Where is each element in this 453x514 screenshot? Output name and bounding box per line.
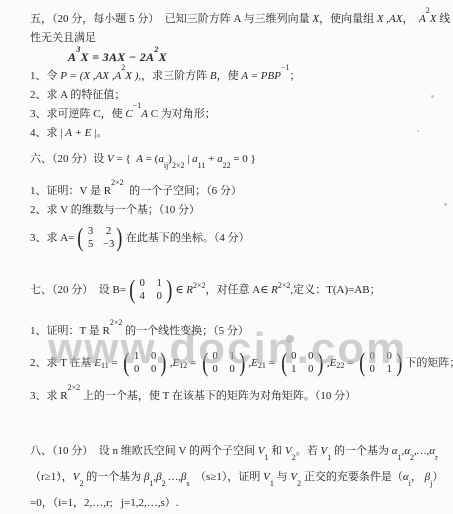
text-run: A + E	[65, 127, 91, 139]
text-run: i	[409, 479, 411, 488]
problem-7-section: 七、（20 分） 设 B=(0140)∈ R2×2，对任意 A∈ R2×2,定义…	[30, 272, 447, 406]
text-run: −1	[133, 101, 142, 110]
right-paren: )	[318, 350, 324, 376]
problem-7-heading: 七、（20 分） 设 B=(0140)∈ R2×2，对任意 A∈ R2×2,定义…	[30, 272, 447, 308]
left-paren: (	[78, 225, 84, 251]
matrix-cell: 0	[368, 350, 377, 363]
matrix-cell: 0	[289, 350, 298, 363]
text-run: V	[285, 445, 292, 457]
text-run: X ,AX	[377, 13, 403, 25]
text-run: 正交的充要条件是（	[301, 471, 403, 483]
text-run: α	[403, 471, 409, 483]
text-run: 七、（20 分） 设 B=	[30, 281, 126, 300]
text-run: ,…,α	[414, 445, 435, 457]
matrix-cell: 0	[306, 350, 315, 363]
text-run: E	[251, 354, 258, 373]
matrix-cell: 0	[211, 350, 220, 363]
text-run: 3、求 A=	[30, 229, 74, 248]
left-paren: (	[359, 350, 365, 376]
text-run: B	[210, 70, 217, 82]
matrix-cell: 0	[385, 350, 394, 363]
text-run: 1、证明：V 是 R	[30, 185, 111, 197]
text-run: 2	[297, 479, 301, 488]
problem-7-item-2: 2、求 T 在基 E11 = (1000),E12 = (0100),E21 =…	[30, 343, 447, 383]
matrix-entries: 325−3	[85, 225, 115, 251]
text-run: 2	[79, 479, 83, 488]
matrix-cell: 3	[86, 225, 95, 238]
matrix-cell: 0	[228, 363, 237, 376]
text-run: 1	[397, 453, 401, 462]
text-run: 的一个子空间；（6 分）	[124, 185, 242, 197]
text-run: A	[136, 153, 143, 165]
text-run: 1	[270, 479, 274, 488]
text-run: （s≥1），证明	[190, 471, 264, 483]
text-run: ，	[403, 13, 420, 25]
text-run: 3	[76, 45, 80, 54]
matrix-cell: 1	[228, 350, 237, 363]
text-run: 2	[410, 453, 414, 462]
matrix: (0100)	[201, 350, 246, 376]
right-paren: )	[166, 277, 172, 303]
matrix-cell: −3	[103, 238, 114, 251]
problem-5-equation: A3X = 3AX − 2A2X	[30, 48, 447, 67]
matrix-entries: 0100	[210, 350, 238, 376]
text-run: ,定义：T(A)=AB；	[290, 281, 380, 300]
text-run: =	[266, 354, 278, 373]
text-run: = {	[114, 153, 136, 165]
text-run: a	[192, 153, 198, 165]
problem-6-item-2: 2、求 V 的维数与一个基；（10 分）	[30, 201, 447, 220]
scanned-exam-page: 五，（20 分，每小题 5 分） 已知三阶方阵 A 与三维列向量 X，使向量组 …	[0, 0, 453, 514]
matrix: (0140)	[128, 277, 173, 303]
text-run: =	[187, 354, 199, 373]
text-run: A	[419, 13, 426, 25]
text-run: 1	[327, 453, 331, 462]
text-run: V	[263, 471, 270, 483]
text-run: R	[186, 281, 193, 300]
text-run: s	[186, 479, 189, 488]
text-run: 的一个基为	[83, 471, 144, 483]
problem-6-item-1: 1、证明：V 是 R2×2 的一个子空间；（6 分）	[30, 182, 447, 201]
problem-5-heading-cont: 性无关且满足	[30, 29, 447, 48]
matrix-entries: 0010	[288, 350, 316, 376]
matrix: (1000)	[122, 350, 167, 376]
text-run: ,β	[153, 471, 161, 483]
problem-8-body-end: =0，（i=1，2,…,r; j=1,2,…,s）.	[30, 490, 447, 514]
text-run: 的一个线性变换；（5 分）	[122, 325, 249, 337]
problem-5-item-4: 4、求 | A + E |。	[30, 124, 447, 143]
text-run: ，使向量组	[319, 13, 377, 25]
matrix-cell: 0	[155, 290, 164, 303]
text-run: 22	[223, 161, 231, 170]
text-run: 上的一个基，使 T 在该基下的矩阵为对角矩阵。（10 分）	[80, 390, 356, 402]
matrix-cell: 2	[103, 225, 114, 238]
matrix: (0010)	[280, 350, 325, 376]
text-run: |。	[91, 127, 107, 139]
matrix-entries: 0001	[367, 350, 395, 376]
text-run: X	[159, 50, 167, 64]
text-run: C 为对角形；	[148, 108, 216, 120]
text-run: 性无关且满足	[30, 32, 96, 44]
matrix-cell: 4	[138, 290, 147, 303]
left-paren: (	[124, 350, 130, 376]
text-run: 2	[121, 63, 125, 72]
text-run: 11	[198, 161, 206, 170]
left-paren: (	[281, 350, 287, 376]
problem-5-item-1: 1、令 P = (X ,AX ,A2X ),，求三阶方阵 B，使 A = PBP…	[30, 67, 447, 86]
matrix-cell: 0	[306, 363, 315, 376]
problem-7-item-3: 3、求 R2×2 上的一个基，使 T 在该基下的矩阵为对角矩阵。（10 分）	[30, 387, 447, 406]
text-run: A	[141, 108, 148, 120]
text-run: =	[109, 354, 121, 373]
left-paren: (	[202, 350, 208, 376]
problem-8-body: （r≥1），V2 的一个基为 β1,β2 …,βs （s≥1），证明 V1 与 …	[30, 464, 447, 490]
text-run: 2、求 V 的维数与一个基；（10 分）	[30, 204, 200, 216]
text-run: ij	[164, 161, 168, 170]
text-run: 的一个基为	[331, 445, 392, 457]
text-run: =0，（i=1，2,…,r; j=1,2,…,s）.	[30, 497, 178, 509]
text-run: 2×2	[111, 178, 124, 187]
text-run: ；	[289, 70, 300, 82]
text-run: 八、（10 分） 设 n 维欧氏空间 V 的两个子空间	[30, 445, 258, 457]
text-run: 2×2	[68, 383, 81, 392]
matrix-cell: 1	[289, 363, 298, 376]
matrix-cell: 5	[86, 238, 95, 251]
problem-6-section: 六、（20 分）设 V = { A = (aij)2×2 | a11 + a22…	[30, 150, 447, 256]
matrix-cell: 0	[149, 363, 158, 376]
problem-5-item-2: 2、求 A 的特征值；	[30, 86, 447, 105]
text-run: 。若	[296, 445, 321, 457]
right-paren: )	[396, 350, 402, 376]
text-run: C	[125, 108, 132, 120]
matrix-cell: 0	[368, 363, 377, 376]
text-run: j	[430, 479, 432, 488]
matrix: (0001)	[358, 350, 403, 376]
text-run: 和	[268, 445, 285, 457]
text-run: ）	[432, 471, 443, 483]
text-run: 2	[162, 479, 166, 488]
text-run: R	[271, 281, 278, 300]
matrix: (325−3)	[76, 225, 124, 251]
problem-6-heading: 六、（20 分）设 V = { A = (aij)2×2 | a11 + a22…	[30, 150, 447, 169]
matrix-cell: 0	[132, 363, 141, 376]
matrix-cell: 0	[138, 277, 147, 290]
matrix-cell: 1	[385, 363, 394, 376]
matrix-cell: 1	[155, 277, 164, 290]
matrix-cell: 0	[211, 363, 220, 376]
text-run: 2	[292, 453, 296, 462]
text-run: E	[173, 354, 180, 373]
text-run: ，	[411, 471, 425, 483]
text-run: P = (X ,AX ,A	[60, 70, 121, 82]
right-paren: )	[239, 350, 245, 376]
problem-5-heading: 五，（20 分，每小题 5 分） 已知三阶方阵 A 与三维列向量 X，使向量组 …	[30, 10, 447, 29]
text-run: 下的矩阵；（5 分）	[405, 354, 453, 373]
text-run: 2×2	[110, 318, 123, 327]
problem-7-item-1: 1、证明：T 是 R2×2 的一个线性变换；（5 分）	[30, 322, 447, 341]
text-run: ∈	[175, 281, 186, 300]
text-run: V	[107, 153, 114, 165]
text-run: 2、求 T 在基	[30, 354, 94, 373]
text-run: ,α	[401, 445, 410, 457]
text-run: X = 3AX − 2A	[81, 50, 155, 64]
text-run: 六、（20 分）设	[30, 153, 107, 165]
text-run: E	[330, 354, 337, 373]
text-run: 3、求 R	[30, 390, 68, 402]
right-paren: )	[160, 350, 166, 376]
problem-5-item-3: 3、求可逆阵 C，使 C−1A C 为对角形；	[30, 105, 447, 124]
text-run: ，求三阶方阵	[141, 70, 210, 82]
problem-8-heading: 八、（10 分） 设 n 维欧氏空间 V 的两个子空间 V1 和 V2。若 V1…	[30, 438, 447, 464]
text-run: a	[217, 153, 223, 165]
text-run: 在此基下的坐标。（4 分）	[126, 229, 250, 248]
text-run: 1、令	[30, 70, 60, 82]
text-run: ，使	[217, 70, 242, 82]
text-run: = (	[143, 153, 158, 165]
text-run: 线	[436, 13, 450, 25]
text-run: …,β	[166, 471, 187, 483]
text-run: E	[94, 354, 101, 373]
text-run: A = PBP	[241, 70, 281, 82]
text-run: X ),	[125, 70, 141, 82]
text-run: 五，（20 分，每小题 5 分） 已知三阶方阵 A 与三维列向量	[30, 13, 312, 25]
left-paren: (	[129, 277, 135, 303]
problem-6-item-3: 3、求 A=(325−3)在此基下的坐标。（4 分）	[30, 220, 447, 256]
matrix-entries: 1000	[131, 350, 159, 376]
text-run: ，对任意 A∈	[206, 281, 272, 300]
text-run: 与	[274, 471, 291, 483]
text-run: 2×2	[172, 161, 185, 170]
matrix-entries: 0140	[137, 277, 165, 303]
matrix-cell: 1	[132, 350, 141, 363]
right-paren: )	[117, 225, 123, 251]
text-run: a	[158, 153, 164, 165]
text-run: 1	[149, 479, 153, 488]
problem-5-section: 五，（20 分，每小题 5 分） 已知三阶方阵 A 与三维列向量 X，使向量组 …	[30, 10, 447, 143]
text-run: +	[205, 153, 217, 165]
text-run: 2	[426, 6, 430, 15]
text-run: 1、证明：T 是 R	[30, 325, 110, 337]
text-run: 3、求可逆阵 C，使	[30, 108, 125, 120]
matrix-cell: 0	[149, 350, 158, 363]
problem-8-section: 八、（10 分） 设 n 维欧氏空间 V 的两个子空间 V1 和 V2。若 V1…	[30, 438, 447, 514]
text-run: （r≥1），	[30, 471, 73, 483]
text-run: = 0 }	[231, 153, 256, 165]
text-run: 4、求 |	[30, 127, 65, 139]
text-run: 2	[154, 45, 158, 54]
text-run: r	[435, 453, 438, 462]
text-run: 2、求 A 的特征值；	[30, 89, 125, 101]
text-run: −1	[281, 63, 290, 72]
text-run: =	[344, 354, 356, 373]
text-run: 1	[264, 453, 268, 462]
